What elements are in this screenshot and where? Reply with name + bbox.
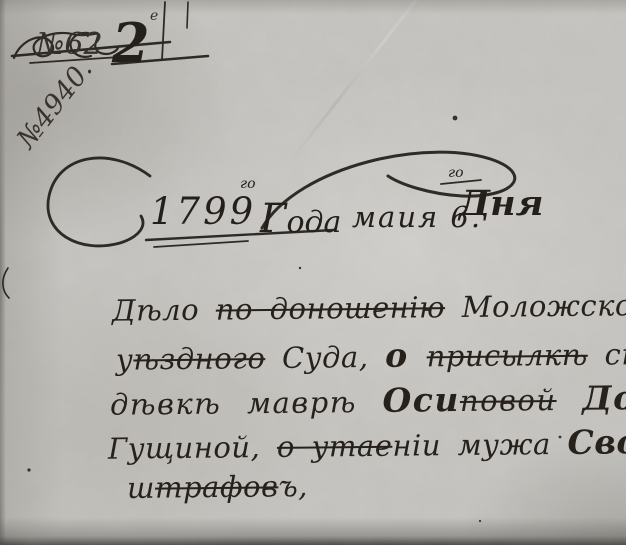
word-segment: Дѣло (112, 293, 216, 328)
word-segment: Суда, (265, 340, 385, 375)
word-segment (556, 383, 582, 417)
bold-renumber: 2 (111, 11, 150, 75)
edge-bracket (3, 268, 9, 298)
word-segment: Оси (382, 380, 460, 420)
strike-line-3 (112, 56, 208, 64)
date-year: 1799 (150, 190, 256, 233)
manuscript-line: уѣздного Суда, о присылкѣ списка (116, 333, 620, 377)
scribble-loops (14, 33, 118, 58)
line-text: Дѣло по доношенію Моложского (112, 288, 626, 328)
date-word-dnya: Дня (459, 183, 544, 224)
corner-tick-vertical-1 (162, 2, 165, 60)
line-text: дѣвкѣ маврѣ Осиповой Дочерѣ (110, 377, 626, 423)
corner-tick-vertical-2 (187, 2, 188, 28)
word-segment: присылкѣ (426, 338, 588, 374)
word-segment: трафов (155, 469, 279, 504)
word-segment: ъ, (278, 469, 308, 503)
diagonal-archival-number: №4940. (10, 54, 98, 155)
word-segment: ніи мужа (392, 427, 567, 463)
strike-line-2 (30, 57, 120, 63)
line-text: уѣздного Суда, о присылкѣ списка (116, 332, 626, 377)
word-segment: списка (588, 336, 626, 371)
word-segment: Гущиной, (108, 430, 277, 466)
paper-crease (288, 0, 432, 163)
date-word-goda: Года (260, 196, 341, 242)
word-segment: по доношенію (216, 290, 446, 326)
bold-renumber-superscript: е (150, 8, 158, 24)
word-segment: повой (460, 383, 557, 418)
line-text: штрафовъ, (127, 469, 308, 505)
word-segment: Своего (567, 421, 626, 461)
word-segment: Дочерѣ (582, 377, 626, 418)
crossed-number: №62 (34, 27, 103, 62)
date-flourish-c (48, 158, 150, 246)
strike-line-1 (12, 42, 170, 56)
word-segment: ш (127, 471, 155, 505)
word-segment: ѣздного (133, 341, 265, 376)
scribble-oval (71, 33, 91, 57)
word-segment: о утае (277, 429, 393, 464)
word-segment: Моложского (445, 288, 626, 324)
manuscript-page: №62 2 е №4940. 1799 го Года маия 6. го Д… (0, 0, 626, 545)
word-segment: о (385, 335, 427, 374)
manuscript-line: дѣвкѣ маврѣ Осиповой Дочерѣ (110, 378, 622, 422)
manuscript-line: Дѣло по доношенію Моложского (112, 288, 620, 327)
line-text: Гущиной, о утаеніи мужа Своего (108, 421, 626, 466)
manuscript-line: Гущиной, о утаеніи мужа Своего (108, 422, 622, 466)
word-segment: дѣвкѣ маврѣ (110, 385, 383, 422)
date-year-superscript: го (240, 176, 256, 192)
manuscript-line: штрафовъ, (127, 469, 308, 505)
word-segment: у (116, 342, 134, 376)
date-day-superscript: го (448, 165, 464, 181)
year-underline-2 (154, 241, 248, 247)
